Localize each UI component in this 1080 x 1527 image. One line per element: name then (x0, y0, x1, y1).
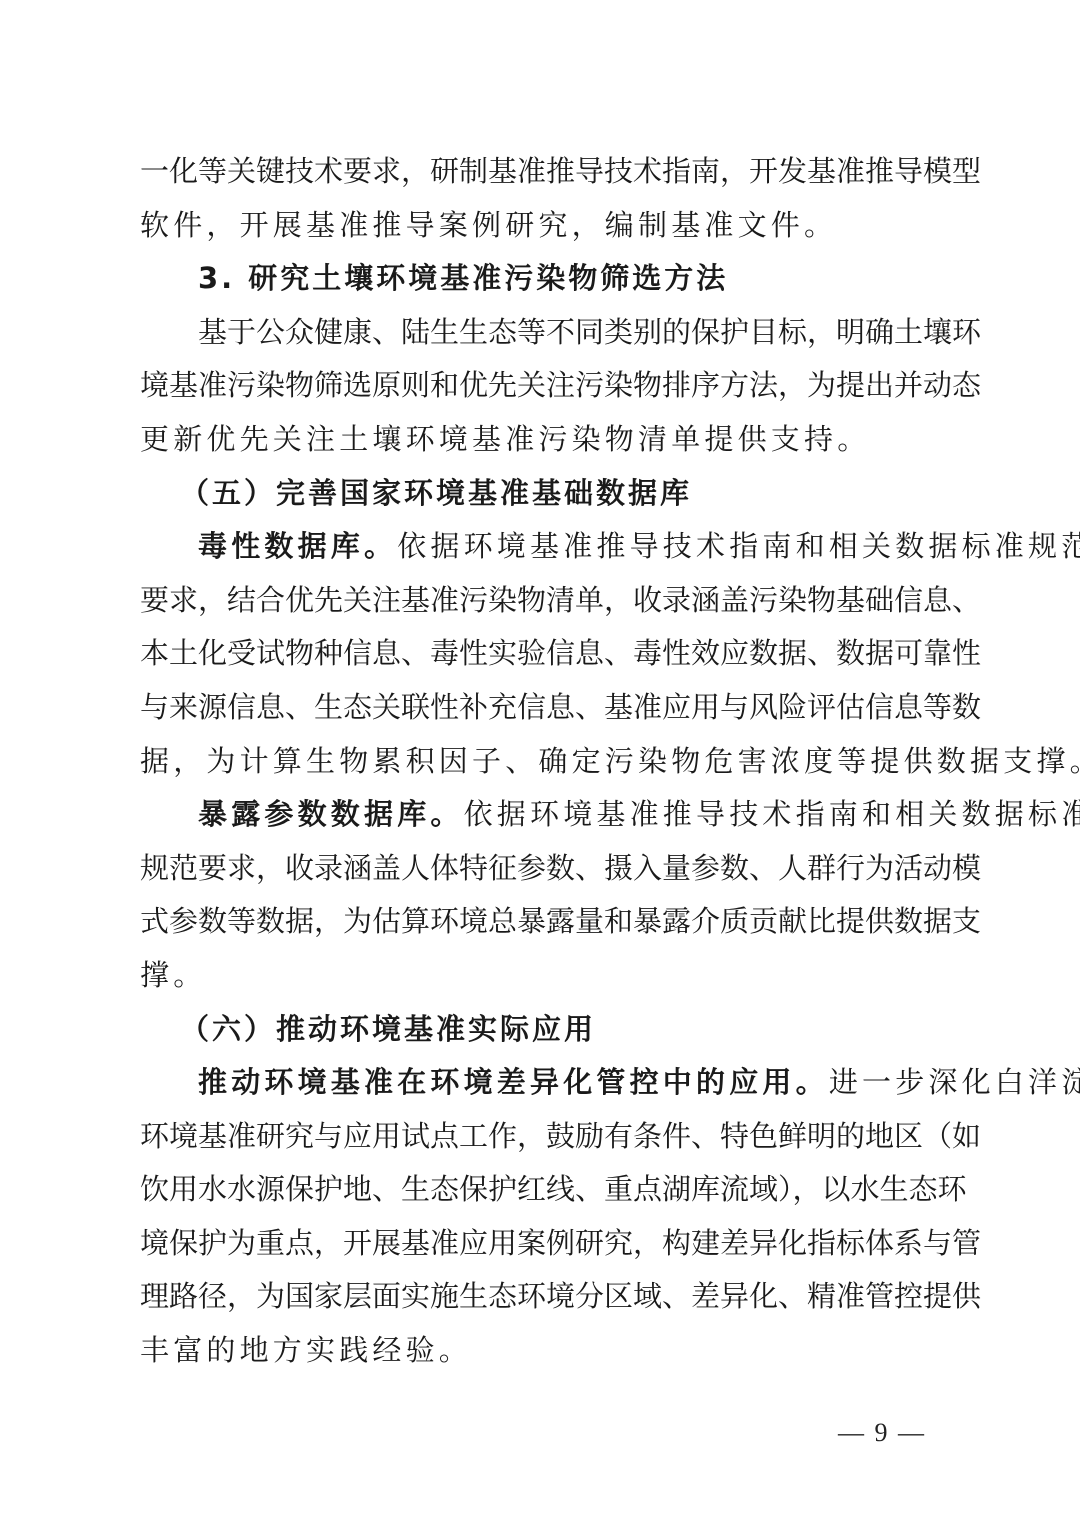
paragraph-text: 进一步深化白洋淀 (829, 1065, 1080, 1099)
exposure-database-lead: 暴露参数数据库。 (198, 797, 464, 831)
section-heading-6: （六）推动环境基准实际应用 (140, 1003, 940, 1057)
page-number: — 9 — (838, 1418, 926, 1448)
paragraph-line: 一化等关键技术要求，研制基准推导技术指南，开发基准推导模型 (140, 145, 940, 199)
paragraph-line: 境保护为重点，开展基准应用案例研究，构建差异化指标体系与管 (140, 1217, 940, 1271)
paragraph-text: 依据环境基准推导技术指南和相关数据标准规范 (397, 529, 1080, 563)
document-page: 一化等关键技术要求，研制基准推导技术指南，开发基准推导模型 软件，开展基准推导案… (140, 145, 940, 1378)
paragraph-line: 境基准污染物筛选原则和优先关注污染物排序方法，为提出并动态 (140, 359, 940, 413)
paragraph-line: 推动环境基准在环境差异化管控中的应用。进一步深化白洋淀 (140, 1056, 940, 1110)
paragraph-line: 撑。 (140, 949, 940, 1003)
paragraph-line: 丰富的地方实践经验。 (140, 1324, 940, 1378)
paragraph-line: 饮用水水源保护地、生态保护红线、重点湖库流域），以水生态环 (140, 1163, 940, 1217)
section-heading-5: （五）完善国家环境基准基础数据库 (140, 467, 940, 521)
paragraph-line: 软件，开展基准推导案例研究，编制基准文件。 (140, 199, 940, 253)
paragraph-line: 毒性数据库。依据环境基准推导技术指南和相关数据标准规范 (140, 520, 940, 574)
paragraph-line: 更新优先关注土壤环境基准污染物清单提供支持。 (140, 413, 940, 467)
paragraph-line: 规范要求，收录涵盖人体特征参数、摄入量参数、人群行为活动模 (140, 842, 940, 896)
paragraph-line: 要求，结合优先关注基准污染物清单，收录涵盖污染物基础信息、 (140, 574, 940, 628)
paragraph-line: 基于公众健康、陆生生态等不同类别的保护目标，明确土壤环 (140, 306, 940, 360)
paragraph-line: 与来源信息、生态关联性补充信息、基准应用与风险评估信息等数 (140, 681, 940, 735)
paragraph-line: 环境基准研究与应用试点工作，鼓励有条件、特色鲜明的地区（如 (140, 1110, 940, 1164)
application-lead: 推动环境基准在环境差异化管控中的应用。 (198, 1065, 829, 1099)
subsection-heading-3: 3. 研究土壤环境基准污染物筛选方法 (140, 252, 940, 306)
paragraph-text: 依据环境基准推导技术指南和相关数据标准 (464, 797, 1080, 831)
paragraph-line: 理路径，为国家层面实施生态环境分区域、差异化、精准管控提供 (140, 1270, 940, 1324)
paragraph-line: 暴露参数数据库。依据环境基准推导技术指南和相关数据标准 (140, 788, 940, 842)
paragraph-line: 据，为计算生物累积因子、确定污染物危害浓度等提供数据支撑。 (140, 735, 940, 789)
paragraph-line: 式参数等数据，为估算环境总暴露量和暴露介质贡献比提供数据支 (140, 895, 940, 949)
paragraph-line: 本土化受试物种信息、毒性实验信息、毒性效应数据、数据可靠性 (140, 627, 940, 681)
toxicity-database-lead: 毒性数据库。 (198, 529, 397, 563)
